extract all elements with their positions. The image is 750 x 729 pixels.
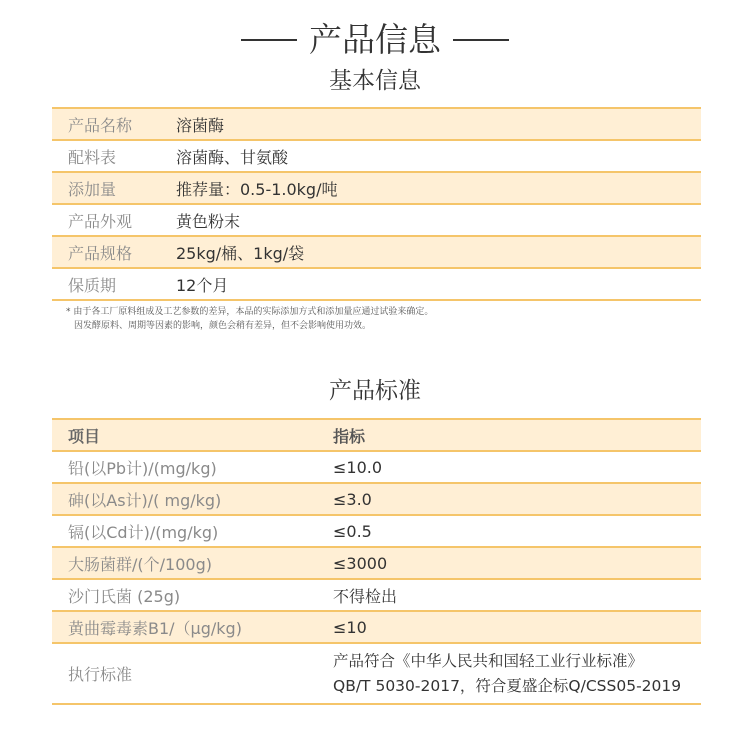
basic-info-table: 产品名称 溶菌酶 配料表 溶菌酶、甘氨酸 添加量 推荐量：0.5-1.0kg/吨…	[52, 107, 701, 301]
basic-info-heading: 基本信息	[0, 66, 750, 96]
header-item: 项目	[52, 424, 333, 447]
table-row: 砷(以As计)/( mg/kg) ≤3.0	[52, 484, 701, 516]
row-label: 产品外观	[52, 209, 176, 232]
row-value: 推荐量：0.5-1.0kg/吨	[176, 177, 337, 200]
table-row: 产品名称 溶菌酶	[52, 109, 701, 141]
row-spec: ≤3.0	[333, 490, 372, 509]
row-item: 砷(以As计)/( mg/kg)	[52, 488, 333, 511]
table-row: 产品外观 黄色粉末	[52, 205, 701, 237]
row-value: 溶菌酶、甘氨酸	[176, 145, 288, 168]
table-header-row: 项目 指标	[52, 420, 701, 452]
footnote-line-1: * 由于各工厂原料组成及工艺参数的差异，本品的实际添加方式和添加量应通过试验来确…	[66, 305, 433, 319]
row-label: 添加量	[52, 177, 176, 200]
standard-table: 项目 指标 铅(以Pb计)/(mg/kg) ≤10.0 砷(以As计)/( mg…	[52, 418, 701, 705]
row-item: 铅(以Pb计)/(mg/kg)	[52, 456, 333, 479]
table-row-exec-standard: 执行标准 产品符合《中华人民共和国轻工业行业标准》 QB/T 5030-2017…	[52, 644, 701, 705]
row-spec: ≤0.5	[333, 522, 372, 541]
title-right-dash	[453, 39, 509, 41]
row-value: 25kg/桶、1kg/袋	[176, 241, 304, 264]
row-label: 配料表	[52, 145, 176, 168]
table-row: 沙门氏菌 (25g) 不得检出	[52, 580, 701, 612]
row-spec: 不得检出	[333, 584, 397, 607]
table-row: 添加量 推荐量：0.5-1.0kg/吨	[52, 173, 701, 205]
row-spec: 产品符合《中华人民共和国轻工业行业标准》 QB/T 5030-2017，符合夏盛…	[333, 649, 681, 699]
row-item: 沙门氏菌 (25g)	[52, 584, 333, 607]
row-label: 保质期	[52, 273, 176, 296]
row-spec: ≤10.0	[333, 458, 382, 477]
row-label: 产品规格	[52, 241, 176, 264]
footnote-line-2: 因发酵原料、周期等因素的影响，颜色会稍有差异，但不会影响使用功效。	[66, 319, 433, 333]
table-row: 保质期 12个月	[52, 269, 701, 301]
table-row: 大肠菌群/(个/100g) ≤3000	[52, 548, 701, 580]
spec-line-1: 产品符合《中华人民共和国轻工业行业标准》	[333, 649, 681, 674]
title-left-dash	[241, 39, 297, 41]
table-row: 产品规格 25kg/桶、1kg/袋	[52, 237, 701, 269]
standard-heading: 产品标准	[0, 376, 750, 406]
table-row: 配料表 溶菌酶、甘氨酸	[52, 141, 701, 173]
row-value: 12个月	[176, 273, 228, 296]
row-spec: ≤10	[333, 618, 367, 637]
page-title-text: 产品信息	[309, 18, 441, 62]
header-spec: 指标	[333, 424, 365, 447]
spec-line-2: QB/T 5030-2017，符合夏盛企标Q/CSS05-2019	[333, 674, 681, 699]
row-value: 溶菌酶	[176, 113, 224, 136]
row-value: 黄色粉末	[176, 209, 240, 232]
row-item: 黄曲霉毒素B1/（μg/kg)	[52, 616, 333, 639]
row-spec: ≤3000	[333, 554, 387, 573]
row-item: 执行标准	[52, 662, 333, 685]
footnote: * 由于各工厂原料组成及工艺参数的差异，本品的实际添加方式和添加量应通过试验来确…	[66, 305, 433, 333]
table-row: 镉(以Cd计)/(mg/kg) ≤0.5	[52, 516, 701, 548]
row-item: 大肠菌群/(个/100g)	[52, 552, 333, 575]
page-title: 产品信息	[0, 18, 750, 62]
row-label: 产品名称	[52, 113, 176, 136]
table-row: 黄曲霉毒素B1/（μg/kg) ≤10	[52, 612, 701, 644]
table-row: 铅(以Pb计)/(mg/kg) ≤10.0	[52, 452, 701, 484]
row-item: 镉(以Cd计)/(mg/kg)	[52, 520, 333, 543]
